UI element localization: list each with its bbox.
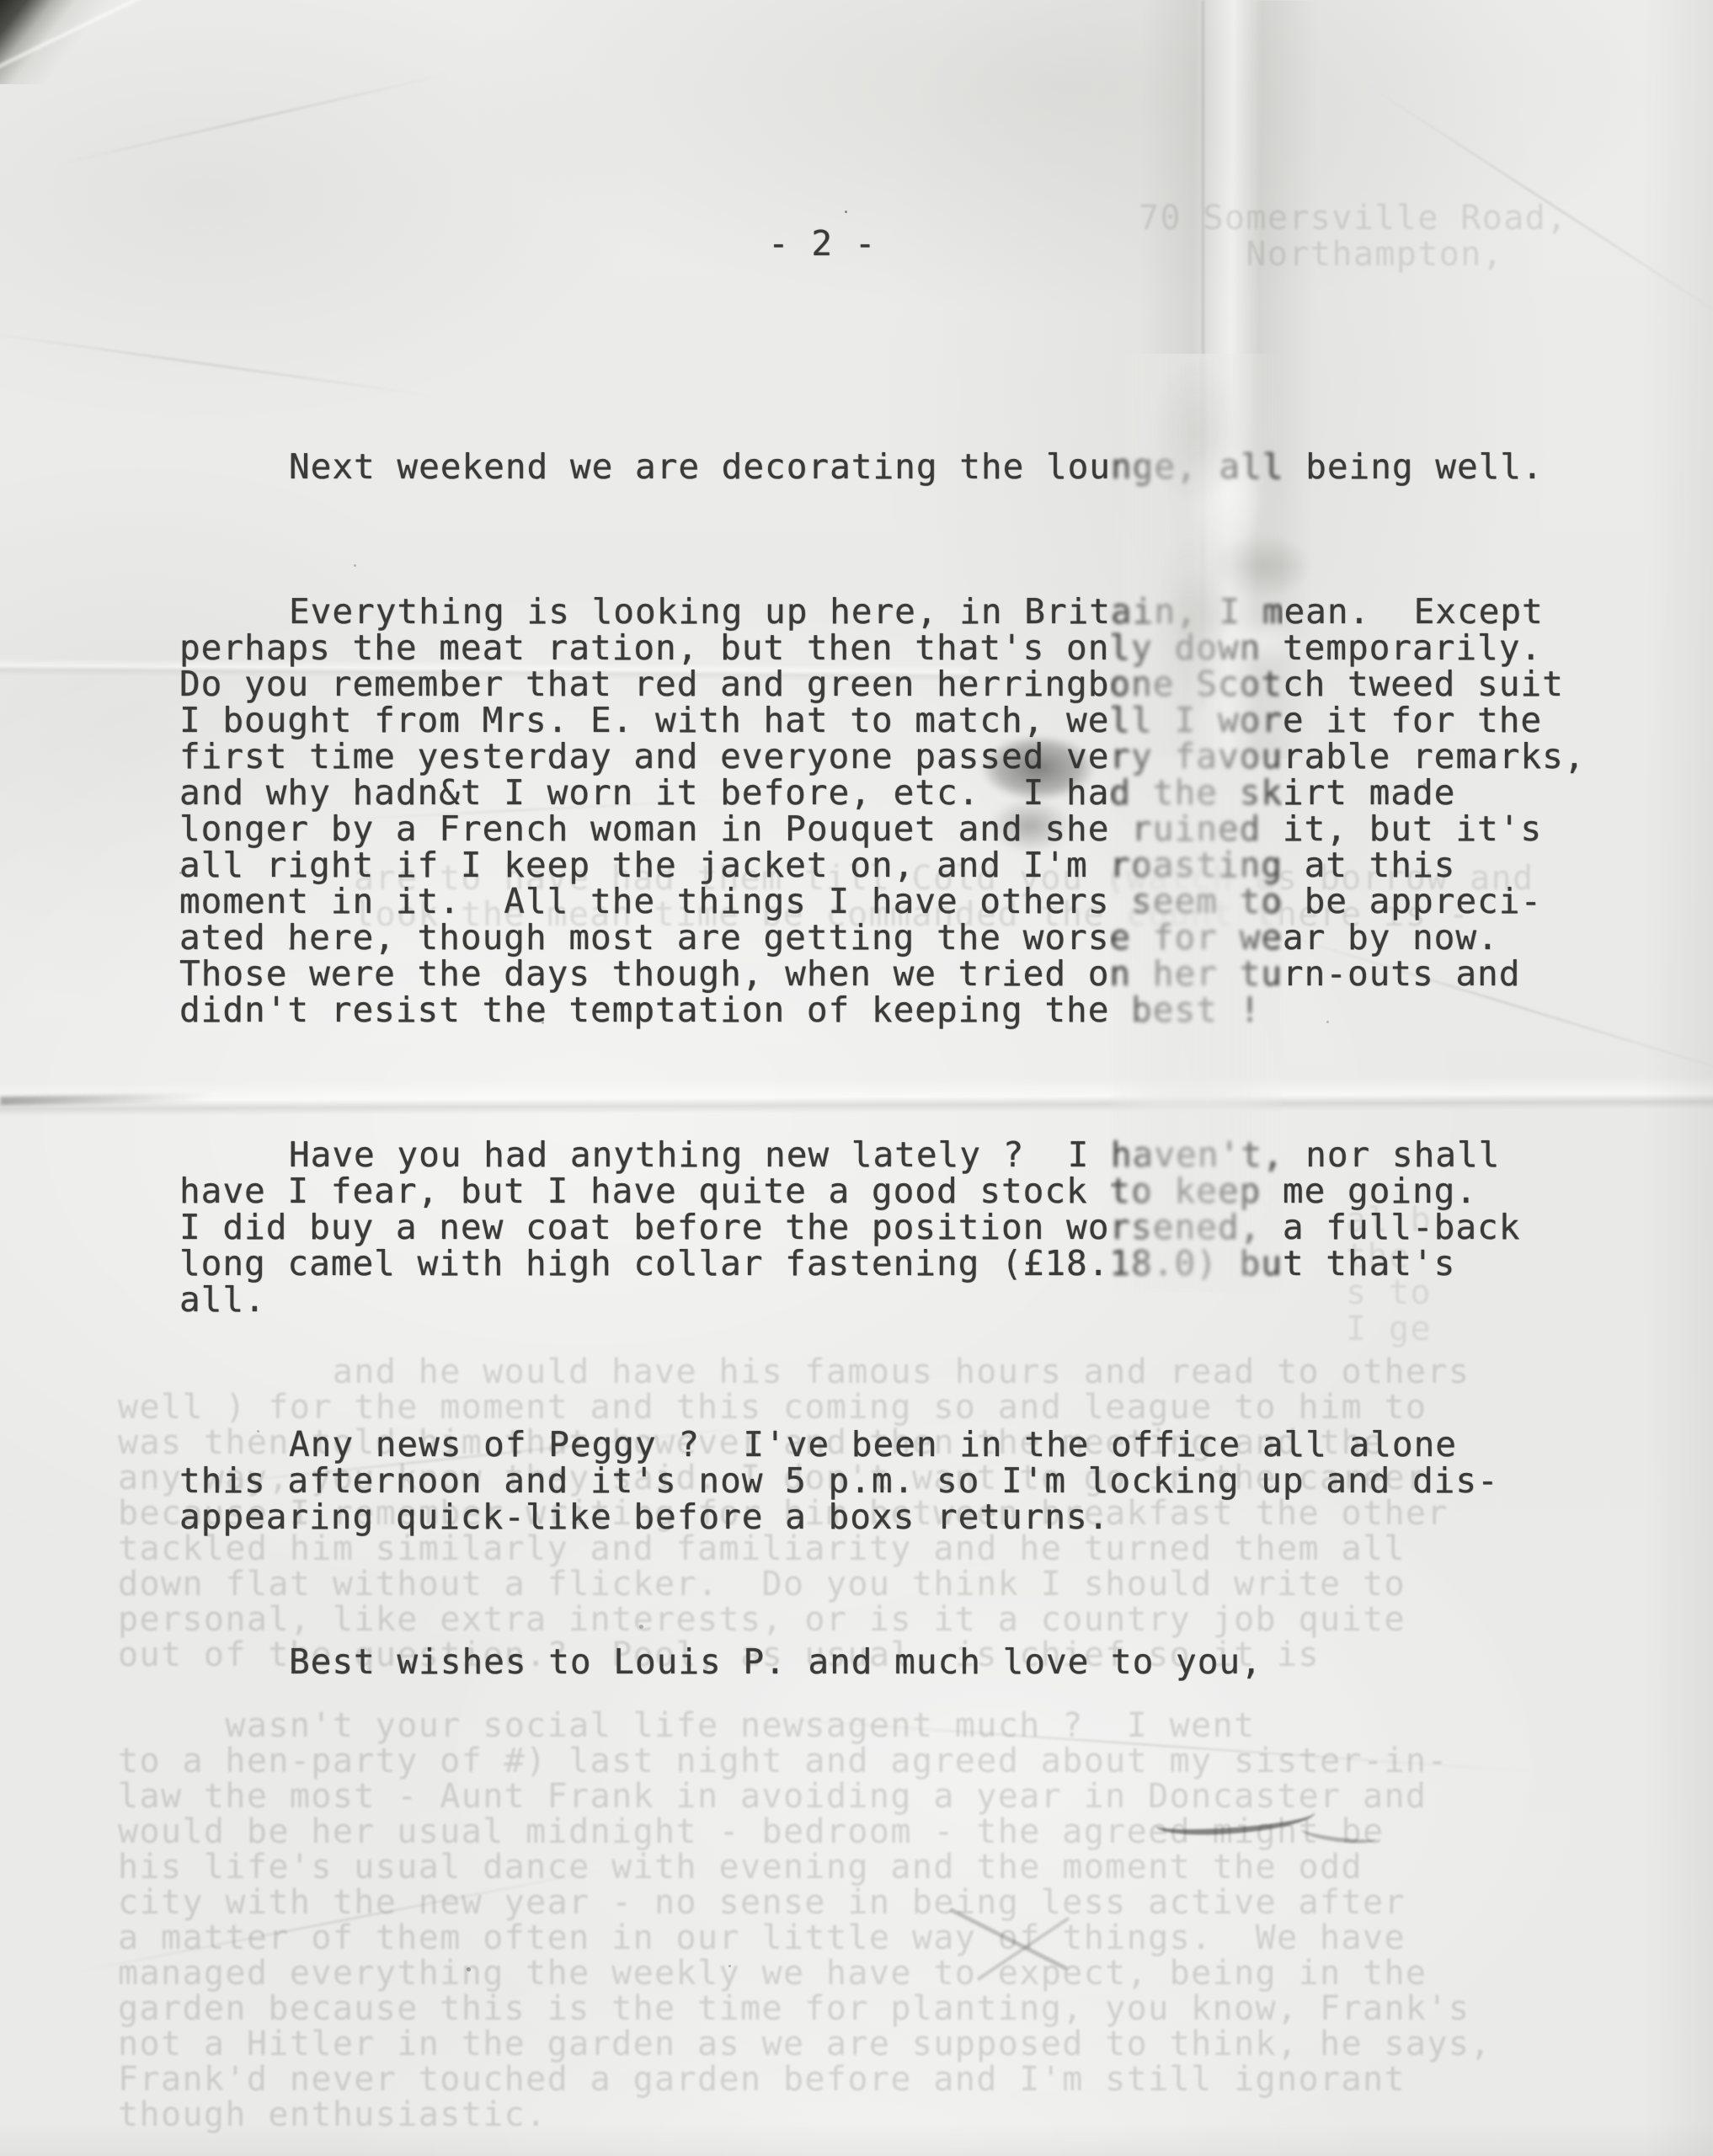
page-edge-shade — [1642, 0, 1713, 2156]
letter-paragraph: Any news of Peggy ? I've been in the off… — [179, 1427, 1628, 1535]
scanned-letter-page: 70 Somersville Road, Northampton, are to… — [0, 0, 1713, 2156]
letter-paragraph: Best wishes to Louis P. and much love to… — [179, 1644, 1628, 1680]
crease-line — [56, 72, 450, 166]
letter-body: Next weekend we are decorating the loung… — [179, 376, 1628, 1753]
page-number: - 2 - — [768, 226, 876, 262]
paper-specks — [845, 211, 847, 213]
letter-paragraph: Have you had anything new lately ? I hav… — [179, 1137, 1628, 1318]
folded-corner — [0, 0, 126, 84]
letter-paragraph: Everything is looking up here, in Britai… — [179, 594, 1628, 1028]
folded-corner-highlight — [0, 0, 168, 71]
bleedthrough-address: 70 Somersville Road, Northampton, — [1139, 200, 1568, 273]
letter-paragraph: Next weekend we are decorating the loung… — [179, 449, 1628, 485]
